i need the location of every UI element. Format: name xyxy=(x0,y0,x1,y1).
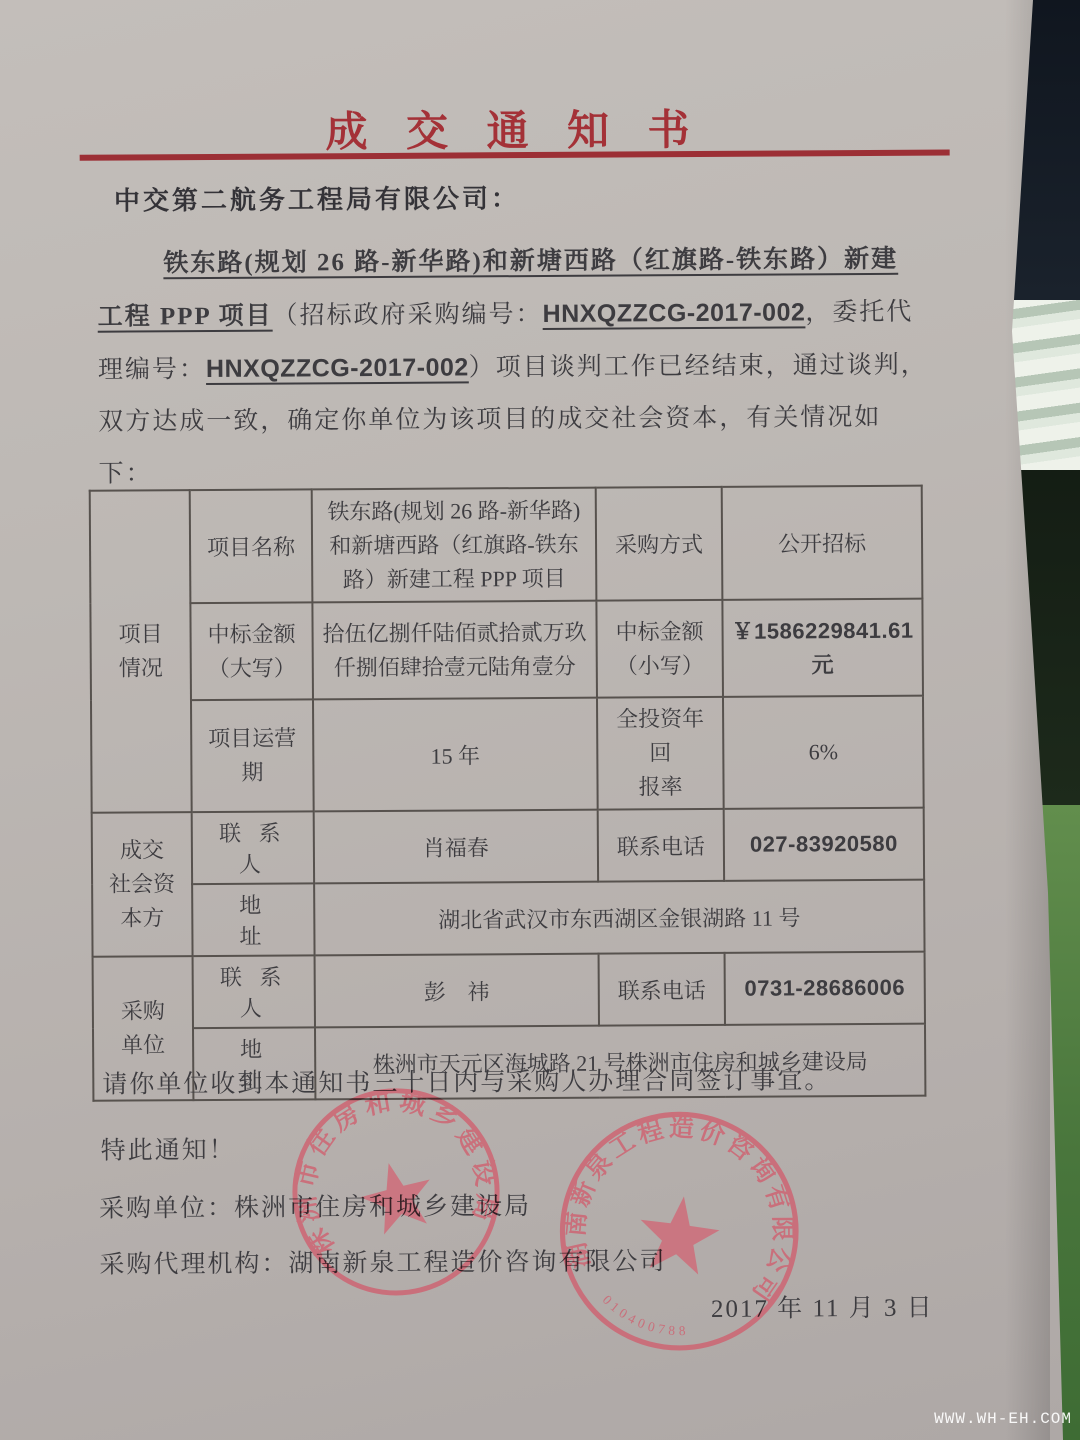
table-row: 中标金额 （大写） 拾伍亿捌仟陆佰贰拾贰万玖 仟捌佰肆拾壹元陆角壹分 中标金额 … xyxy=(90,599,923,701)
buyer-contact-value-cell: 彭 祎 xyxy=(315,954,599,1028)
star-icon xyxy=(354,1154,440,1238)
buyer-phone-value-cell: 0731-28686006 xyxy=(725,952,925,1025)
paragraph-line-3: 理编号：HNXQZZCG-2017-002）项目谈判工作已经结束，通过谈判， xyxy=(98,339,936,397)
body-text: （招标政府采购编号： xyxy=(273,301,543,330)
project-name-underlined: 铁东路(规划 26 路-新华路)和新塘西路（红旗路-铁东路）新建 xyxy=(163,246,898,277)
svg-text:010400788: 010400788 xyxy=(596,1291,694,1341)
method-value-cell: 公开招标 xyxy=(722,486,923,600)
amount-num-label-cell: 中标金额 （小写） xyxy=(596,600,723,698)
table-row: 采购 单位 联 系 人 彭 祎 联系电话 0731-28686006 xyxy=(93,952,925,1029)
paragraph-line-4: 双方达成一致，确定你单位为该项目的成交社会资本，有关情况如 xyxy=(98,392,936,449)
procurement-code: HNXQZZCG-2017-002 xyxy=(543,298,806,328)
buyer-phone-label-cell: 联系电话 xyxy=(599,953,725,1026)
project-info-table: 项目 情况 项目名称 铁东路(规划 26 路-新华路) 和新塘西路（红旗路-铁东… xyxy=(89,485,927,1102)
agency-seal-stamp: 湖南新泉工程造价咨询有限公司 010400788 xyxy=(540,1092,819,1371)
operation-value-cell: 15 年 xyxy=(313,698,598,812)
name-value-cell: 铁东路(规划 26 路-新华路) 和新塘西路（红旗路-铁东 路）新建工程 PPP… xyxy=(312,488,597,603)
seal-graphic: 湖南新泉工程造价咨询有限公司 010400788 xyxy=(540,1092,819,1371)
return-value-cell: 6% xyxy=(723,696,924,809)
body-text: ，委托代 xyxy=(805,299,913,327)
project-name-underlined-2: 工程 PPP 项目 xyxy=(98,303,273,331)
operation-label-cell: 项目运营 期 xyxy=(191,699,314,812)
table-row: 项目运营 期 15 年 全投资年回 报率 6% xyxy=(91,696,924,813)
star-icon xyxy=(634,1191,723,1277)
buyer-contact-label-cell: 联 系 人 xyxy=(193,955,315,1028)
table-row: 成交 社会资 本方 联 系 人 肖福春 联系电话 027-83920580 xyxy=(92,808,924,885)
body-text: ）项目谈判工作已经结束，通过谈判， xyxy=(469,352,928,382)
body-text: 双方达成一致，确定你单位为该项目的成交社会资本，有关情况如 xyxy=(98,404,881,436)
body-paragraph: 铁东路(规划 26 路-新华路)和新塘西路（红旗路-铁东路）新建 工程 PPP … xyxy=(97,234,937,501)
body-text: 下： xyxy=(99,460,153,487)
method-label-cell: 采购方式 xyxy=(596,487,723,601)
winner-addr-label-cell: 地 址 xyxy=(192,883,314,956)
winner-phone-label-cell: 联系电话 xyxy=(598,809,724,882)
winner-contact-label-cell: 联 系 人 xyxy=(192,811,314,884)
paper-sheet: 成 交 通 知 书 中交第二航务工程局有限公司： 铁东路(规划 26 路-新华路… xyxy=(0,0,1080,1440)
return-label-cell: 全投资年回 报率 xyxy=(597,697,724,810)
section-winner-cell: 成交 社会资 本方 xyxy=(92,812,193,957)
amount-words-label-cell: 中标金额 （大写） xyxy=(190,602,313,700)
paragraph-line-1: 铁东路(规划 26 路-新华路)和新塘西路（红旗路-铁东路）新建 xyxy=(97,234,935,291)
section-project-cell: 项目 情况 xyxy=(90,490,192,813)
salutation: 中交第二航务工程局有限公司： xyxy=(114,178,520,217)
table-row: 地 址 湖北省武汉市东西湖区金银湖路 11 号 xyxy=(92,880,924,957)
table-row: 项目 情况 项目名称 铁东路(规划 26 路-新华路) 和新塘西路（红旗路-铁东… xyxy=(90,486,923,604)
amount-num-value-cell: ￥1586229841.61 元 xyxy=(722,599,923,697)
agency-code: HNXQZZCG-2017-002 xyxy=(206,353,469,383)
site-watermark: WWW.WH-EH.COM xyxy=(934,1410,1072,1428)
document-content: 成 交 通 知 书 中交第二航务工程局有限公司： 铁东路(规划 26 路-新华路… xyxy=(0,0,1080,1440)
name-label-cell: 项目名称 xyxy=(190,489,313,603)
winner-phone-value-cell: 027-83920580 xyxy=(724,808,924,881)
winner-addr-value-cell: 湖北省武汉市东西湖区金银湖路 11 号 xyxy=(314,880,924,956)
paragraph-line-2: 工程 PPP 项目（招标政府采购编号：HNXQZZCG-2017-002，委托代 xyxy=(97,286,935,344)
seal-number-text: 010400788 xyxy=(596,1291,694,1341)
winner-contact-value-cell: 肖福春 xyxy=(314,810,598,884)
closing-line-2: 特此通知！ xyxy=(101,1130,236,1167)
amount-words-value-cell: 拾伍亿捌仟陆佰贰拾贰万玖 仟捌佰肆拾壹元陆角壹分 xyxy=(312,601,597,700)
body-text: 理编号： xyxy=(98,356,206,384)
